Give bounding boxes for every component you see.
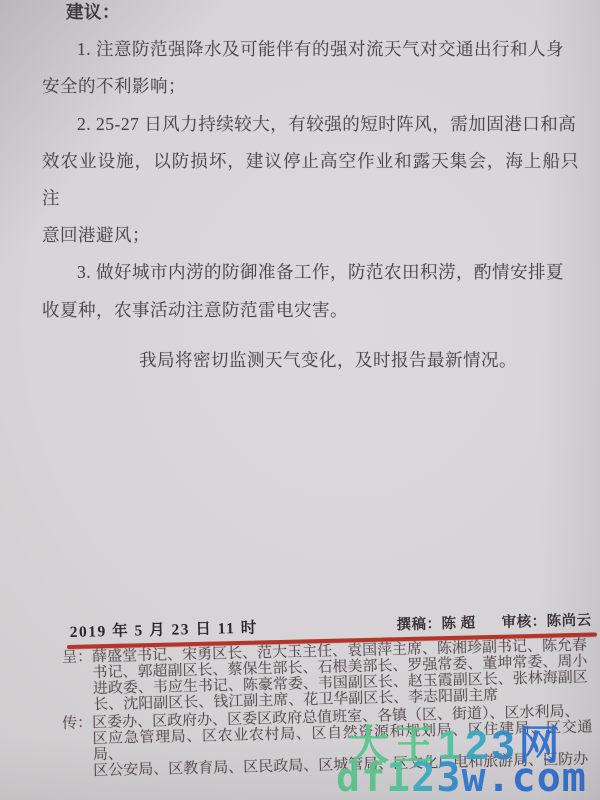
cc-label: 呈： — [62, 650, 92, 667]
cc-list: 薛盛堂书记、宋勇区长、范大玉主任、袁国萍主席、陈湘珍副书记、陈允春 书记、郭超副… — [92, 639, 593, 714]
issue-datetime: 2019 年 5 月 23 日 11 时 — [69, 616, 257, 642]
document-photo: 建议： 1. 注意防范强降水及可能伴有的强对流天气对交通出行和人身 安全的不利影… — [0, 0, 600, 800]
credits: 撰稿：陈 超 审核：陈尚云 — [396, 609, 592, 635]
advisory-item-3: 3. 做好城市内涝的防御准备工作，防范农田积涝，酌情安排夏 收夏种，农事活动注意… — [42, 254, 579, 328]
advisory-item-2: 2. 25-27 日风力持续较大，有较强的短时阵风，需加固港口和高 效农业设施，… — [42, 106, 579, 255]
reviewer-credit: 审核：陈尚云 — [501, 609, 591, 632]
distribution-label: 传： — [62, 716, 92, 733]
advisory-item-1: 1. 注意防范强降水及可能伴有的强对流天气对交通出行和人身 安全的不利影响； — [42, 31, 579, 105]
cc-section: 呈： 薛盛堂书记、宋勇区长、范大玉主任、袁国萍主席、陈湘珍副书记、陈允春 书记、… — [62, 639, 593, 715]
document-body: 建议： 1. 注意防范强降水及可能伴有的强对流天气对交通出行和人身 安全的不利影… — [42, 0, 579, 379]
drafter-credit: 撰稿：陈 超 — [396, 611, 476, 634]
suggestions-heading: 建议： — [42, 0, 579, 31]
distribution-section: 传： 区委办、区政府办、区委区政府总值班室、各镇（区、街道）、区水利局、 区应急… — [62, 705, 593, 781]
distribution-list: 区委办、区政府办、区委区政府总值班室、各镇（区、街道）、区水利局、 区应急管理局… — [92, 705, 593, 780]
closing-statement: 我局将密切监测天气变化，及时报告最新情况。 — [42, 342, 579, 379]
